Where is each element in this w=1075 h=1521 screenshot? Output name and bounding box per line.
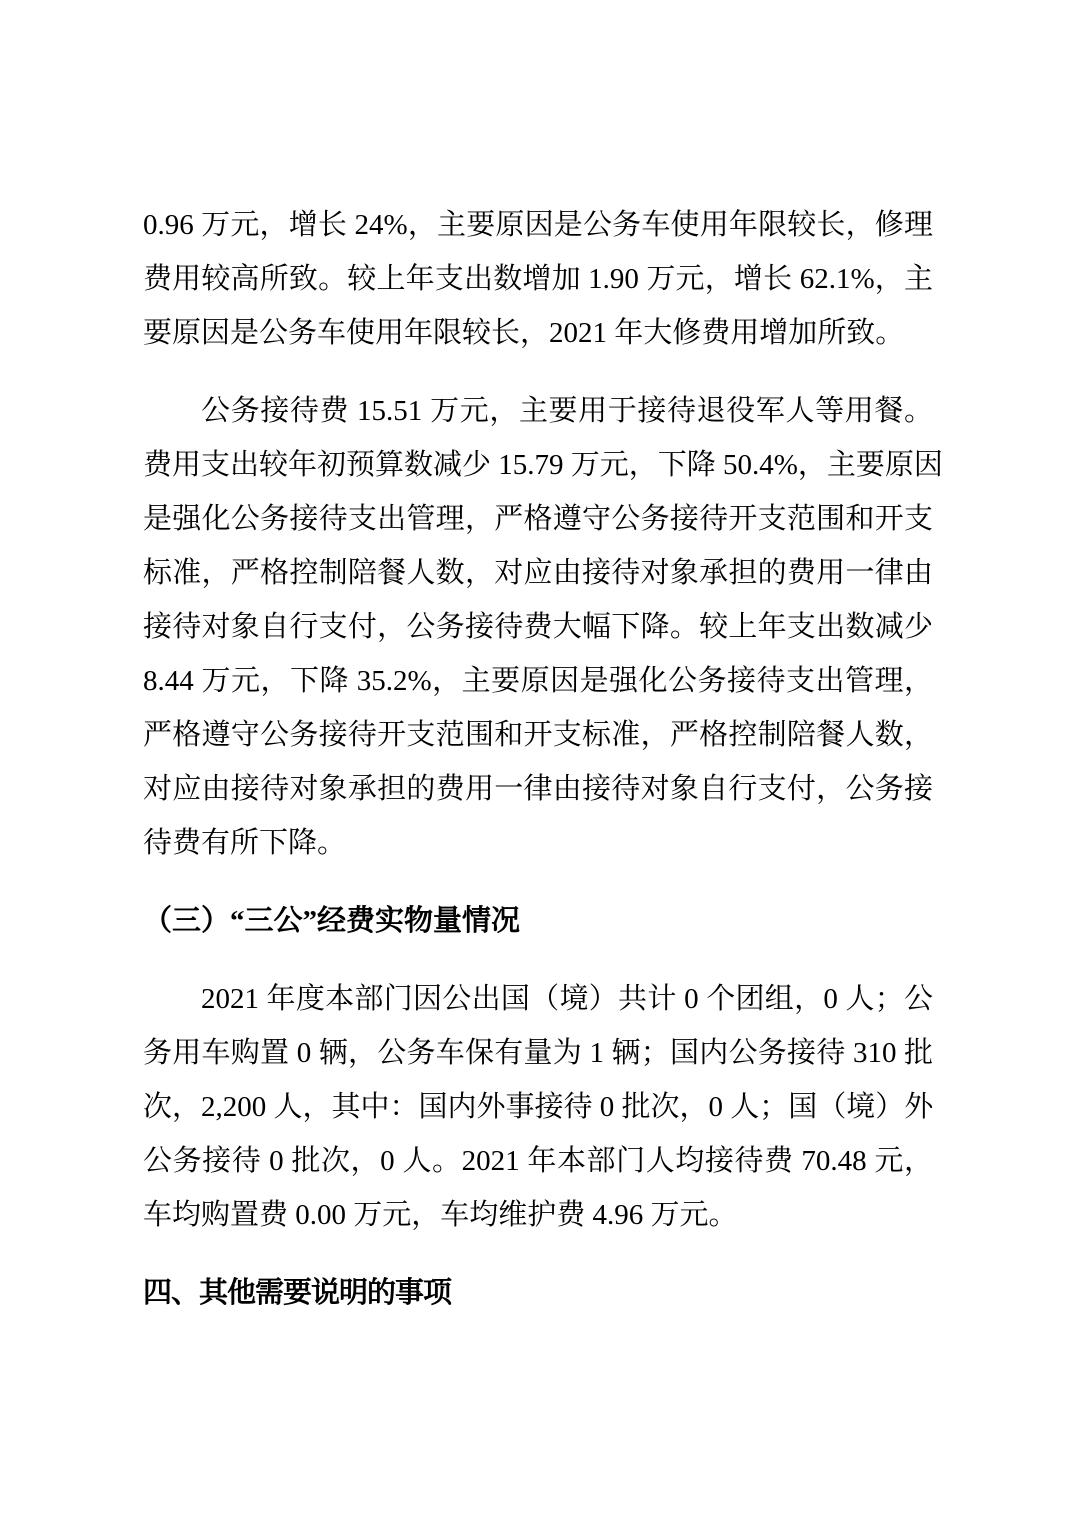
paragraph-line: 要原因是公务车使用年限较长，2021 年大修费用增加所致。 <box>143 306 933 360</box>
paragraph-line: 是强化公务接待支出管理，严格遵守公务接待开支范围和开支 <box>143 492 933 546</box>
document-body: 0.96 万元，增长 24%，主要原因是公务车使用年限较长，修理费用较高所致。较… <box>143 198 933 1344</box>
paragraph-official-reception-expense: 公务接待费 15.51 万元，主要用于接待退役军人等用餐。费用支出较年初预算数减… <box>143 384 933 870</box>
paragraph-line: 严格遵守公务接待开支范围和开支标准，严格控制陪餐人数， <box>143 708 933 762</box>
paragraph-line: 公务接待 0 批次，0 人。2021 年本部门人均接待费 70.48 元， <box>143 1134 933 1188</box>
paragraph-line: 对应由接待对象承担的费用一律由接待对象自行支付，公务接 <box>143 762 933 816</box>
heading-text: 四、其他需要说明的事项 <box>143 1266 933 1320</box>
heading-text: （三）“三公”经费实物量情况 <box>143 894 933 948</box>
paragraph-line: 2021 年度本部门因公出国（境）共计 0 个团组，0 人；公 <box>143 972 933 1026</box>
paragraph-line: 待费有所下降。 <box>143 816 933 870</box>
paragraph-line: 8.44 万元，下降 35.2%，主要原因是强化公务接待支出管理， <box>143 654 933 708</box>
paragraph-line: 接待对象自行支付，公务接待费大幅下降。较上年支出数减少 <box>143 600 933 654</box>
paragraph-physical-quantity-detail: 2021 年度本部门因公出国（境）共计 0 个团组，0 人；公务用车购置 0 辆… <box>143 972 933 1242</box>
paragraph-line: 费用支出较年初预算数减少 15.79 万元，下降 50.4%，主要原因 <box>143 438 933 492</box>
paragraph-line: 0.96 万元，增长 24%，主要原因是公务车使用年限较长，修理 <box>143 198 933 252</box>
paragraph-line: 车均购置费 0.00 万元，车均维护费 4.96 万元。 <box>143 1188 933 1242</box>
paragraph-line: 公务接待费 15.51 万元，主要用于接待退役军人等用餐。 <box>143 384 933 438</box>
paragraph-vehicle-maintenance-continued: 0.96 万元，增长 24%，主要原因是公务车使用年限较长，修理费用较高所致。较… <box>143 198 933 360</box>
heading-section-four-other-matters: 四、其他需要说明的事项 <box>143 1266 933 1320</box>
paragraph-line: 务用车购置 0 辆，公务车保有量为 1 辆；国内公务接待 310 批 <box>143 1026 933 1080</box>
paragraph-line: 次，2,200 人，其中：国内外事接待 0 批次，0 人；国（境）外 <box>143 1080 933 1134</box>
paragraph-line: 费用较高所致。较上年支出数增加 1.90 万元，增长 62.1%，主 <box>143 252 933 306</box>
heading-section-three-physical-quantity: （三）“三公”经费实物量情况 <box>143 894 933 948</box>
paragraph-line: 标准，严格控制陪餐人数，对应由接待对象承担的费用一律由 <box>143 546 933 600</box>
document-page: 0.96 万元，增长 24%，主要原因是公务车使用年限较长，修理费用较高所致。较… <box>0 0 1075 1521</box>
